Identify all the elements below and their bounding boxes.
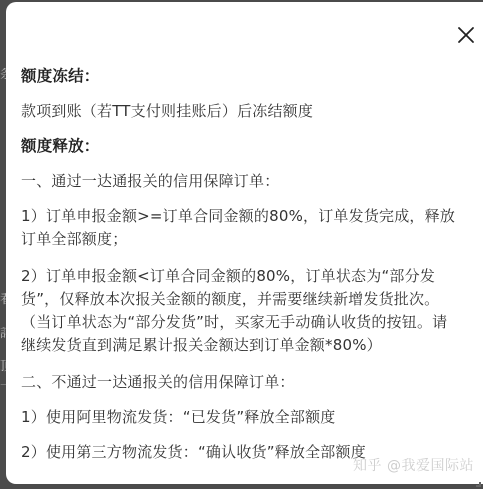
dialog-content: 额度冻结： 款项到账（若TT支付则挂账后）后冻结额度 额度释放： 一、通过一达通… xyxy=(21,65,461,464)
release-heading: 额度释放： xyxy=(21,135,461,158)
freeze-heading: 额度冻结： xyxy=(21,65,461,88)
release-group1-title: 一、通过一达通报关的信用保障订单： xyxy=(21,170,461,193)
freeze-description: 款项到账（若TT支付则挂账后）后冻结额度 xyxy=(21,100,461,123)
close-icon xyxy=(453,22,479,48)
release-group1-item-2: 2）订单申报金额<订单合同金额的80%，订单状态为“部分发货”，仅释放本次报关金… xyxy=(21,265,461,357)
release-group2-item-1: 1）使用阿里物流发货：“已发货”释放全部额度 xyxy=(21,406,461,429)
release-group1-item-1: 1）订单申报金额>=订单合同金额的80%，订单发货完成，释放订单全部额度； xyxy=(21,205,461,251)
watermark: 知乎 @我爱国际站 xyxy=(353,455,474,475)
credit-limit-info-dialog: 额度冻结： 款项到账（若TT支付则挂账后）后冻结额度 额度释放： 一、通过一达通… xyxy=(6,2,483,484)
release-group2-title: 二、不通过一达通报关的信用保障订单： xyxy=(21,371,461,394)
resize-grip-icon xyxy=(476,482,481,487)
close-button[interactable] xyxy=(453,22,479,48)
